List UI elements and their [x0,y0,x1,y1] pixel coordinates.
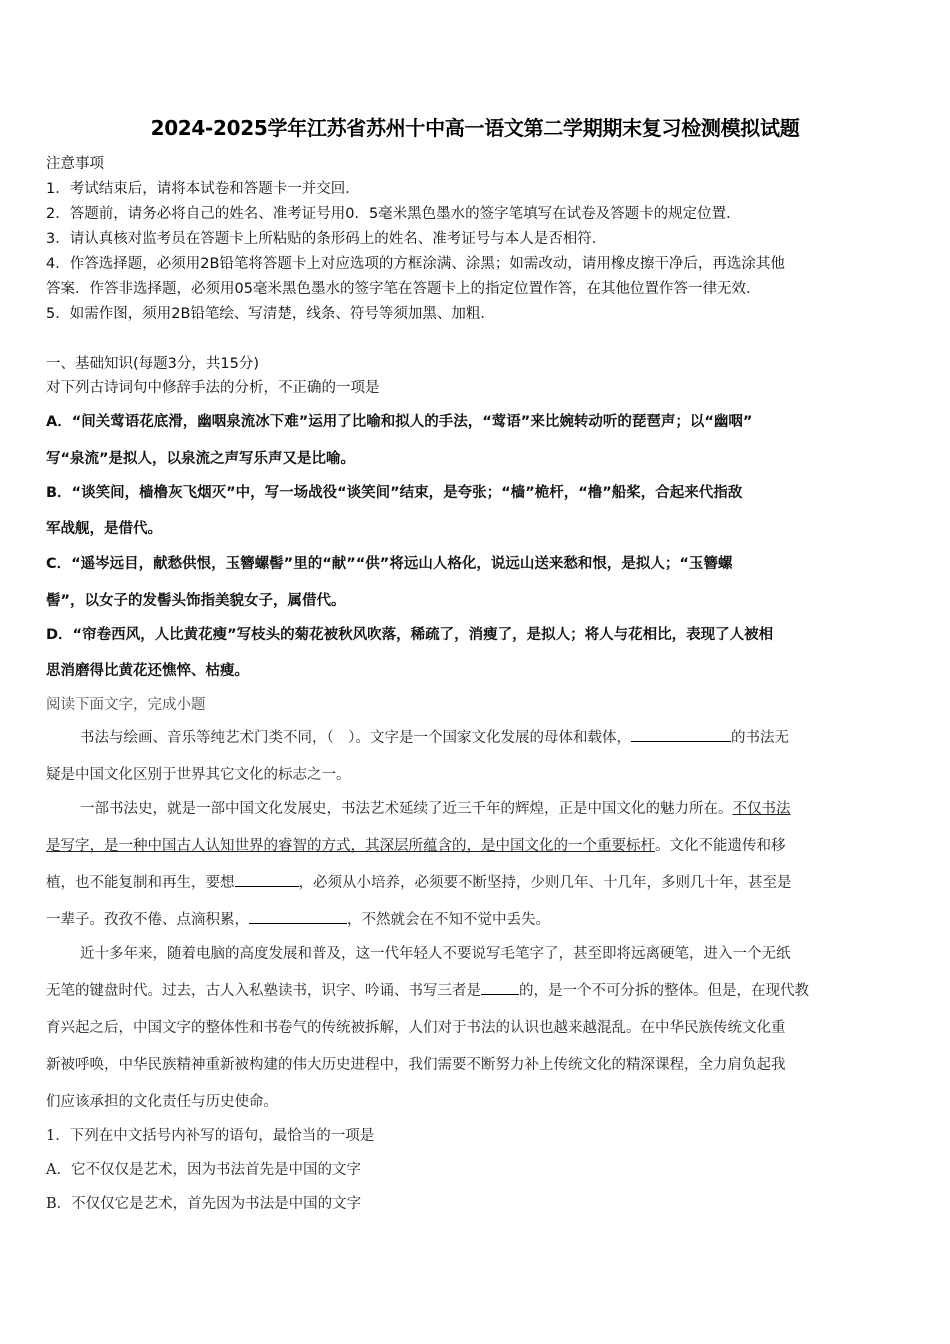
p1-text-a: 书法与绘画、音乐等纯艺术门类不同，（ ）。文字是一个国家文化发展的母体和载体， [80,730,631,746]
underlined-sentence-part1: 不仅书法 [733,801,791,817]
p3-text-b: 的，是一个不可分拆的整体。但是，在现代教 [519,983,809,999]
p3-line2: 无笔的键盘时代。过去，古人入私塾读书，识字、吟诵、书写三者是的，是一个不可分拆的… [46,979,809,1000]
option-a-line2: 写“泉流”是拟人，以泉流之声写乐声又是比喻。 [46,447,355,468]
notice-item-1: 1．考试结束后，请将本试卷和答题卡一并交回． [46,177,360,198]
option-d-line1: D．“帘卷西风，人比黄花瘦”写枝头的菊花被秋风吹落，稀疏了，消瘦了，是拟人；将人… [46,623,773,644]
notice-item-5: 5．如需作图，须用2B铅笔绘、写清楚，线条、符号等须加黑、加粗． [46,302,495,323]
p1-line2: 疑是中国文化区别于世界其它文化的标志之一。 [46,763,351,784]
p2-line4: 一辈子。孜孜不倦、点滴积累，，不然就会在不知不觉中丢失。 [46,908,550,929]
fill-blank-4[interactable] [481,980,519,995]
notice-item-4-cont: 答案．作答非选择题，必须用05毫米黑色墨水的签字笔在答题卡上的指定位置作答，在其… [46,277,760,298]
reading-instruction: 阅读下面文字，完成小题 [46,693,206,714]
notice-item-3: 3．请认真核对监考员在答题卡上所粘贴的条形码上的姓名、准考证号与本人是否相符． [46,227,606,248]
fill-blank-2[interactable] [235,872,299,887]
option-d-line2: 思消磨得比黄花还憔悴、枯瘦。 [46,659,249,680]
p3-line1: 近十多年来，随着电脑的高度发展和普及，这一代年轻人不要说写毛笔字了，甚至即将远离… [46,942,791,963]
option-c-line2: 髻”，以女子的发髻头饰指美貌女子，属借代。 [46,589,346,610]
notice-heading: 注意事项 [46,152,104,173]
section-heading: 一、基础知识(每题3分，共15分) [46,352,259,373]
p2-text-c: 植，也不能复制和再生，要想 [46,875,235,891]
p2-text-e: 一辈子。孜孜不倦、点滴积累， [46,912,249,928]
p2-text-d: ，必须从小培养，必须要不断坚持，少则几年、十几年，多则几十年，甚至是 [299,875,792,891]
underlined-sentence-part2: 是写字，是一种中国古人认知世界的睿智的方式，其深层所蕴含的，是中国文化的一个重要… [46,838,655,854]
p3-text-a: 无笔的键盘时代。过去，古人入私塾读书，识字、吟诵、书写三者是 [46,983,481,999]
p2-text-f: ，不然就会在不知不觉中丢失。 [347,912,550,928]
exam-page: 2024-2025学年江苏省苏州十中高一语文第二学期期末复习检测模拟试题 注意事… [0,0,950,1344]
fill-blank-1[interactable] [631,727,731,742]
question-stem: 对下列古诗词句中修辞手法的分析，不正确的一项是 [46,376,380,397]
option-b-line2: 军战舰，是借代。 [46,517,162,538]
option-b-line1: B．“谈笑间，樯橹灰飞烟灭”中，写一场战役“谈笑间”结束，是夸张；“樯”桅杆，“… [46,481,742,502]
q1-option-a: A．它不仅仅是艺术，因为书法首先是中国的文字 [46,1158,361,1179]
option-c-line1: C．“遥岑远目，献愁供恨，玉簪螺髻”里的“献”“供”将远山人格化，说远山送来愁和… [46,552,732,573]
p3-line5: 们应该承担的文化责任与历史使命。 [46,1090,278,1111]
fill-blank-3[interactable] [249,909,347,924]
p3-line3: 育兴起之后，中国文字的整体性和书卷气的传统被拆解，人们对于书法的认识也越来越混乱… [46,1016,786,1037]
p3-line4: 新被呼唤，中华民族精神重新被构建的伟大历史进程中，我们需要不断努力补上传统文化的… [46,1053,786,1074]
p1-line1: 书法与绘画、音乐等纯艺术门类不同，（ ）。文字是一个国家文化发展的母体和载体，的… [46,726,789,747]
page-title: 2024-2025学年江苏省苏州十中高一语文第二学期期末复习检测模拟试题 [0,112,950,141]
p2-text-a: 一部书法史，就是一部中国文化发展史，书法艺术延续了近三千年的辉煌，正是中国文化的… [80,801,733,817]
p2-line1: 一部书法史，就是一部中国文化发展史，书法艺术延续了近三千年的辉煌，正是中国文化的… [46,797,791,818]
q1-stem: 1．下列在中文括号内补写的语句，最恰当的一项是 [46,1124,374,1145]
q1-option-b: B．不仅仅它是艺术，首先因为书法是中国的文字 [46,1192,361,1213]
p1-text-b: 的书法无 [731,730,789,746]
notice-item-2: 2．答题前，请务必将自己的姓名、准考证号用0．5毫米黑色墨水的签字笔填写在试卷及… [46,202,741,223]
p2-text-b: 。文化不能遗传和移 [655,838,786,854]
notice-item-4: 4．作答选择题，必须用2B铅笔将答题卡上对应选项的方框涂满、涂黑；如需改动，请用… [46,252,785,273]
option-a-line1: A．“间关莺语花底滑，幽咽泉流冰下难”运用了比喻和拟人的手法，“莺语”来比婉转动… [46,410,752,431]
p2-line2: 是写字，是一种中国古人认知世界的睿智的方式，其深层所蕴含的，是中国文化的一个重要… [46,834,786,855]
p2-line3: 植，也不能复制和再生，要想，必须从小培养，必须要不断坚持，少则几年、十几年，多则… [46,871,792,892]
